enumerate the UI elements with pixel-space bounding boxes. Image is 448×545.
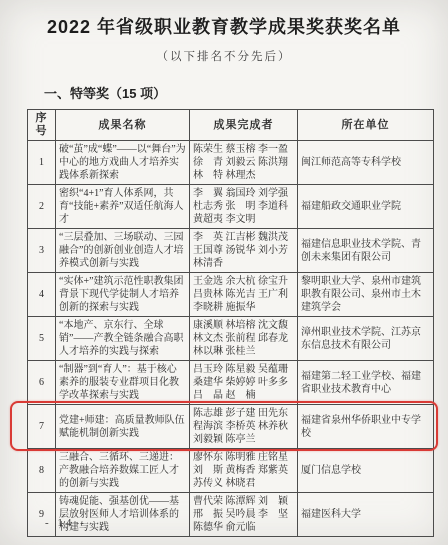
row-people: 陈荣生 蔡玉榕 李一盈 徐 青 刘毅云 陈洪翔 林 特 林理杰 [190,141,298,185]
row-name: “实体+”建筑示范性职教集团背景下现代学徒制人才培养创新的探索与实践 [56,273,190,317]
row-name: “制器”到“育人”：基于核心素养的服装专业群项目化教学改革探索与实践 [56,361,190,405]
col-header-name: 成果名称 [56,110,190,141]
table-row: 5 “本地产、京东行、全球销”——产教全链条融合高职人才培养的实践与探索 康溪顺… [28,317,434,361]
table-row: 6 “制器”到“育人”：基于核心素养的服装专业群项目化教学改革探索与实践 吕玉玲… [28,361,434,405]
row-org: 福建船政交通职业学院 [298,185,434,229]
table-row: 9 铸魂促能、强基创优——基层放射医师人才培训体系的构建与实践 曹代荣 陈潭辉 … [28,493,434,537]
row-no: 8 [28,449,56,493]
table-header-row: 序号 成果名称 成果完成者 所在单位 [28,110,434,141]
row-no: 2 [28,185,56,229]
col-header-org: 所在单位 [298,110,434,141]
row-name: 铸魂促能、强基创优——基层放射医师人才培训体系的构建与实践 [56,493,190,537]
row-org: 漳州职业技术学院、江苏京东信息技术有限公司 [298,317,434,361]
row-name: 破“茧”成“蝶”——以“舞台”为中心的地方戏曲人才培养实践体系新探索 [56,141,190,185]
row-people: 王金选 余大杭 徐宝升 吕贵林 陈光吉 王广利 李晓耕 施振华 [190,273,298,317]
awards-table: 序号 成果名称 成果完成者 所在单位 1 破“茧”成“蝶”——以“舞台”为中心的… [27,109,434,537]
col-header-no: 序号 [28,110,56,141]
row-no: 9 [28,493,56,537]
row-people: 康溪顺 林培榕 沈文馥 林文杰 张前程 邱春龙 林以琳 张桂兰 [190,317,298,361]
highlight-row: 7 党建+师建：高质量教师队伍赋能机制创新实践 陈志雄 彭子建 田先东 程海滨 … [28,405,434,449]
table-row: 2 密织“4+1”育人体系网，共育“技能+素养”双适任航海人才 李 翼 翁国玲 … [28,185,434,229]
row-no: 6 [28,361,56,405]
row-name: 三融合、三循环、三递进：产教融合培养数媒工匠人才的创新与实践 [56,449,190,493]
row-name: “本地产、京东行、全球销”——产教全链条融合高职人才培养的实践与探索 [56,317,190,361]
row-no: 3 [28,229,56,273]
awards-table-wrap: 序号 成果名称 成果完成者 所在单位 1 破“茧”成“蝶”——以“舞台”为中心的… [27,109,433,537]
row-people: 李 英 江吉彬 魏洪茂 王国尊 汤锐华 刘小芳 林清香 [190,229,298,273]
row-people: 曹代荣 陈潭辉 刘 颖 邢 振 吴吟晨 李 坚 陈德华 俞元临 [190,493,298,537]
row-name: “三层叠加、三场联动、三园融合”的创新创业创造人才培养模式创新与实践 [56,229,190,273]
row-name: 党建+师建：高质量教师队伍赋能机制创新实践 [56,405,190,449]
table-row: 1 破“茧”成“蝶”——以“舞台”为中心的地方戏曲人才培养实践体系新探索 陈荣生… [28,141,434,185]
row-org: 福建省泉州华侨职业中专学校 [298,405,434,449]
row-no: 1 [28,141,56,185]
row-no: 7 [28,405,56,449]
row-people: 李 翼 翁国玲 刘学强 杜志秀 张 明 李道科 黄超夷 李文明 [190,185,298,229]
row-org: 厦门信息学校 [298,449,434,493]
table-row: 3 “三层叠加、三场联动、三园融合”的创新创业创造人才培养模式创新与实践 李 英… [28,229,434,273]
section-heading: 一、特等奖（15 项） [44,83,448,102]
row-org: 福建医科大学 [298,493,434,537]
row-no: 4 [28,273,56,317]
row-no: 5 [28,317,56,361]
row-org: 福建信息职业技术学院、青创未来集团有限公司 [298,229,434,273]
document-subtitle: （以下排名不分先后） [0,48,448,64]
table-row: 4 “实体+”建筑示范性职教集团背景下现代学徒制人才培养创新的探索与实践 王金选… [28,273,434,317]
row-people: 吕玉玲 陈星毅 吴蕴珊 桑建华 柴婷婷 叶多多 吕 晶 赵 楠 [190,361,298,405]
row-org: 福建第二轻工业学校、福建省职业技术教育中心 [298,361,434,405]
page-number: - 14 - [45,517,87,529]
table-row: 8 三融合、三循环、三递进：产教融合培养数媒工匠人才的创新与实践 廖怀东 陈明雅… [28,449,434,493]
document-title: 2022 年省级职业教育教学成果奖获奖名单 [0,0,448,39]
col-header-people: 成果完成者 [190,110,298,141]
row-org: 闽江师范高等专科学校 [298,141,434,185]
row-name: 密织“4+1”育人体系网，共育“技能+素养”双适任航海人才 [56,185,190,229]
document-page: 2022 年省级职业教育教学成果奖获奖名单 （以下排名不分先后） 一、特等奖（1… [0,0,448,545]
row-people: 陈志雄 彭子建 田先东 程海滨 李桥英 林养秋 刘毅颖 陈亭兰 [190,405,298,449]
row-org: 黎明职业大学、泉州市建筑职教有限公司、泉州市土木建筑学会 [298,273,434,317]
row-people: 廖怀东 陈明雅 庄铭星 刘 斯 黄梅香 郑紫英 苏传义 林晓君 [190,449,298,493]
